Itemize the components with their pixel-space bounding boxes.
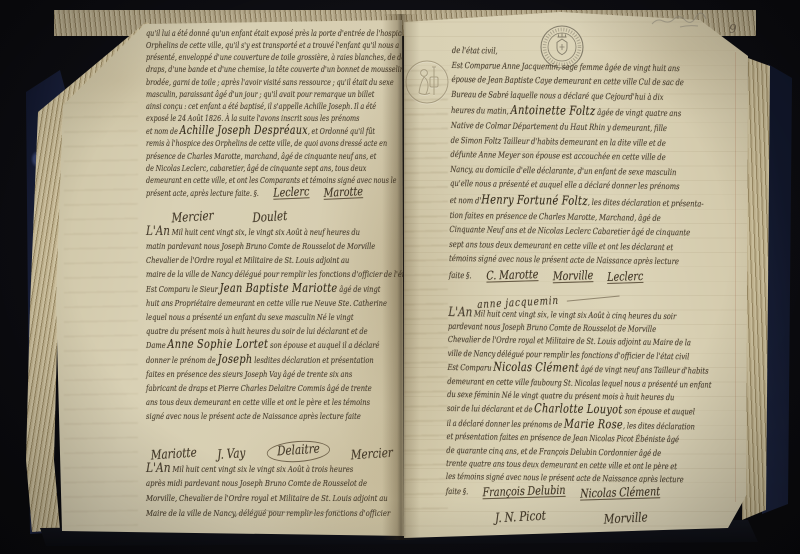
manuscript-text: témoins signé avec nous le présent acte … [449,254,679,267]
manuscript-text: Chevalier de l'Ordre royal et Militaire … [448,334,691,347]
manuscript-text: du sexe féminin Né le vingt quatre du pr… [447,389,674,402]
person-name: Jean Baptiste Mariotte [220,281,338,295]
person-name: Anne Sophie Lortet [167,337,268,351]
manuscript-text: Est Comparu le Sieur [146,284,220,294]
manuscript-text: Dame [146,340,167,350]
manuscript-text: âgée de vingt quatre ans [595,108,681,119]
manuscript-text: , les dites déclaration et présenta- [588,198,704,210]
manuscript-text: qu'elle nous a présenté et auquel elle a… [450,179,680,192]
person-name: Nicolas Clément [493,360,579,375]
manuscript-text: Morville, Chevalier de l'Ordre royal et … [146,494,388,504]
manuscript-line: Orphelins de cette ville, qu'il s'y est … [146,39,399,51]
photo-of-register-book: 6.6. qu'il lui a été donné qu'un enfant … [0,0,800,554]
manuscript-text: tion faites en présence de Charles Marot… [450,211,661,224]
manuscript-text: draps, d'une bande et d'une chemise, la … [146,64,408,74]
manuscript-text: demeurant en cette ville faubourg St. Ni… [447,375,711,389]
manuscript-text: trente quatre ans tous deux demeurant en… [446,458,677,471]
signature: Leclerc [607,269,643,285]
manuscript-text: Mil huit cent vingt six, le vingt six Ao… [472,308,676,321]
signature: Mercier [351,446,394,464]
signature: Leclerc [273,185,309,199]
manuscript-text: brodée, garni de toile ; après l'avoir v… [146,77,394,87]
manuscript-text: faite §. [449,271,472,281]
pencil-flourish [232,506,342,522]
manuscript-text: après midi pardevant nous Joseph Bruno C… [146,479,367,489]
manuscript-line: Morville, Chevalier de l'Ordre royal et … [146,492,399,507]
manuscript-text: Chevalier de l'Ordre royal et Militaire … [146,255,349,265]
manuscript-line: Dame Anne Sophie Lortet son épouse et au… [146,338,399,353]
ink-showthrough-left [64,102,138,526]
manuscript-text: signé avec nous le présent acte de Naiss… [146,411,361,421]
manuscript-text: masculin, paraissant âgé d'un jour ; qu'… [146,89,374,99]
manuscript-text: Nancy, au domicile d'elle déclarante, d'… [450,165,676,178]
manuscript-text: quatre du présent mois à huit heures du … [146,326,368,336]
embossed-seal [403,58,451,106]
manuscript-line: Est Comparu le Sieur Jean Baptiste Mario… [146,282,399,297]
manuscript-line: présenté, enveloppé d'une couverture de … [146,51,399,63]
manuscript-text: âgé de vingt neuf ans Tailleur d'habits [579,364,709,376]
manuscript-line: fabricant de draps et Pierre Charles Del… [146,382,399,396]
manuscript-line: présence de Charles Marotte, marchand, â… [146,150,399,162]
manuscript-text: Bureau de Sabré laquelle nous a déclaré … [451,90,663,103]
manuscript-text: Est Comparue Anne Jacquemin, sage femme … [452,61,680,74]
signature: Nicolas Clément [580,485,660,501]
ink-showthrough-right [404,70,448,510]
manuscript-text: huit ans Propriétaire demeurant en cette… [146,298,387,308]
signature: J. N. Picot [495,509,546,527]
person-name: Marie Rose [564,416,623,431]
manuscript-text: heures du matin, [451,106,511,117]
manuscript-line: quatre du présent mois à huit heures du … [146,325,399,339]
manuscript-line: donner le prénom de Joseph lesdites décl… [146,353,399,368]
manuscript-line: de Nicolas Leclerc, cabaretier, âgé de c… [146,162,399,174]
manuscript-text: exposé le 24 Août 1826. À la suite l'avo… [146,113,359,123]
manuscript-text: Mil huit cent vingt six, le vingt six Ao… [170,227,360,237]
manuscript-text: défunte Anne Meyer son épouse est accouc… [450,150,665,163]
signature: C. Marotte [486,267,538,283]
manuscript-text: lequel nous a présenté un enfant du sexe… [146,312,354,322]
left-page-manuscript-text: qu'il lui a été donné qu'un enfant était… [146,27,399,521]
left-page: 6.6. qu'il lui a été donné qu'un enfant … [56,18,404,538]
signature-row: MariotteJ. VayDelaitreMercier [146,424,399,462]
manuscript-text: Est Comparu [447,362,493,373]
person-name: L'An [146,224,170,239]
manuscript-line: remis à l'hospice des Orphelins de cette… [146,137,399,149]
manuscript-line: L'An Mil huit cent vingt six, le vingt s… [146,225,399,240]
manuscript-text: son épouse et auquel il a déclaré [268,340,379,350]
manuscript-line: lequel nous a présenté un enfant du sexe… [146,311,399,325]
person-name: Joseph [218,352,253,366]
manuscript-line: faite §.François DelubinNicolas Clément [446,484,739,502]
manuscript-line: signé avec nous le présent acte de Naiss… [146,410,399,424]
manuscript-text: ans tous deux demeurant en cette ville e… [146,397,370,407]
manuscript-line: brodée, garni de toile ; après l'avoir v… [146,76,399,88]
manuscript-text: Cinquante Neuf ans et de Nicolas Leclerc… [449,225,690,238]
manuscript-text: et nom d' [450,196,482,206]
manuscript-text: remis à l'hospice des Orphelins de cette… [146,138,387,148]
manuscript-text: et nom de [146,126,180,136]
manuscript-text: ainsi conçu : cet enfant a été baptisé, … [146,101,376,111]
manuscript-text: lesdites déclaration et présentation [252,355,373,365]
person-name: Henry Fortuné Foltz [481,192,588,207]
manuscript-text: présence de Charles Marotte, marchand, â… [146,151,376,161]
manuscript-text: épouse de Jean Baptiste Caye demeurant e… [451,75,683,88]
manuscript-line: matin pardevant nous Joseph Bruno Comte … [146,240,399,254]
manuscript-text: il a déclaré donner les prénoms de [447,418,564,430]
manuscript-line: huit ans Propriétaire demeurant en cette… [146,297,399,311]
pencil-scribble [650,14,716,30]
manuscript-text: ville de Nancy délégué pour remplir les … [448,348,690,361]
person-name: Antoinette Foltz [511,103,596,118]
manuscript-text: Native de Colmar Département du Haut Rhi… [451,121,667,134]
manuscript-text: soir de lui déclarant et de [447,403,534,414]
signature: J. Vay [217,446,246,463]
manuscript-line: et nom de Achille Joseph Despréaux, et O… [146,124,399,137]
folio-number: 9 [729,22,737,36]
signature: Morville [603,511,647,528]
manuscript-text: âgé de vingt [338,284,381,294]
manuscript-line: faites en présence des sieurs Joseph Vay… [146,368,399,382]
signature: Morville [552,268,593,284]
manuscript-text: de l'état civil, [452,46,498,57]
manuscript-text: fabricant de draps et Pierre Charles Del… [146,383,372,393]
signature: Marotte [324,185,364,199]
manuscript-line: masculin, paraissant âgé d'un jour ; qu'… [146,88,399,100]
manuscript-line: ans tous deux demeurant en cette ville e… [146,396,399,410]
manuscript-text: , et Ordonné qu'il fût [308,126,375,136]
signature-row: J. N. PicotMorville [445,498,738,528]
manuscript-text: matin pardevant nous Joseph Bruno Comte … [146,241,375,251]
manuscript-text: son épouse et auquel [622,406,695,417]
manuscript-text: et présentation faites en présence de Je… [446,431,679,444]
manuscript-text: de Nicolas Leclerc, cabaretier, âgé de c… [146,163,366,173]
right-page-manuscript-text: de l'état civil,Est Comparue Anne Jacque… [445,44,744,528]
manuscript-line: ainsi conçu : cet enfant a été baptisé, … [146,100,399,112]
manuscript-line: qu'il lui a été donné qu'un enfant était… [146,27,399,39]
person-name: L'An [146,461,171,476]
manuscript-text: qu'il lui a été donné qu'un enfant était… [146,28,418,38]
person-name: Achille Joseph Despréaux [180,123,308,137]
signature: Mercier [171,209,214,227]
manuscript-text: sept ans tous deux demeurant en cette vi… [449,240,673,253]
manuscript-text: faites en présence des sieurs Joseph Vay… [146,369,352,379]
manuscript-text: donner le prénom de [146,355,218,365]
manuscript-text: Mil huit cent vingt six le vingt six Aoû… [171,465,354,475]
manuscript-text: présenté, enveloppé d'une couverture de … [146,52,413,62]
signature-row: MercierDoulet [146,199,399,225]
person-name: L'An [448,304,472,319]
manuscript-line: draps, d'une bande et d'une chemise, la … [146,63,399,75]
manuscript-text: pardevant nous Joseph Bruno Comte de Rou… [448,321,656,334]
signature: François Delubin [483,484,566,500]
manuscript-text: Orphelins de cette ville, qu'il s'y est … [146,40,399,50]
signature: Delaitre [266,439,330,464]
right-page: de l'état civil,Est Comparue Anne Jacque… [398,8,754,544]
manuscript-line: présent acte, après lecture faite. §.Lec… [146,186,399,199]
manuscript-line: après midi pardevant nous Joseph Bruno C… [146,477,399,492]
manuscript-text: de quarante cinq ans, et de François Del… [446,445,661,458]
manuscript-text: maire de la ville de Nancy délégué pour … [146,269,427,279]
manuscript-line: Chevalier de l'Ordre royal et Militaire … [146,254,399,268]
person-name: Charlotte Louyot [534,402,623,417]
manuscript-line: L'An Mil huit cent vingt six le vingt si… [146,462,399,478]
manuscript-text: , les dites déclaration [623,420,695,431]
manuscript-text: faite §. [446,486,469,496]
signature: Doulet [252,209,288,226]
manuscript-text: de Simon Foltz Tailleur d'habits demeura… [451,136,666,149]
manuscript-line: maire de la ville de Nancy délégué pour … [146,268,399,282]
manuscript-text: présent acte, après lecture faite. §. [146,188,259,198]
